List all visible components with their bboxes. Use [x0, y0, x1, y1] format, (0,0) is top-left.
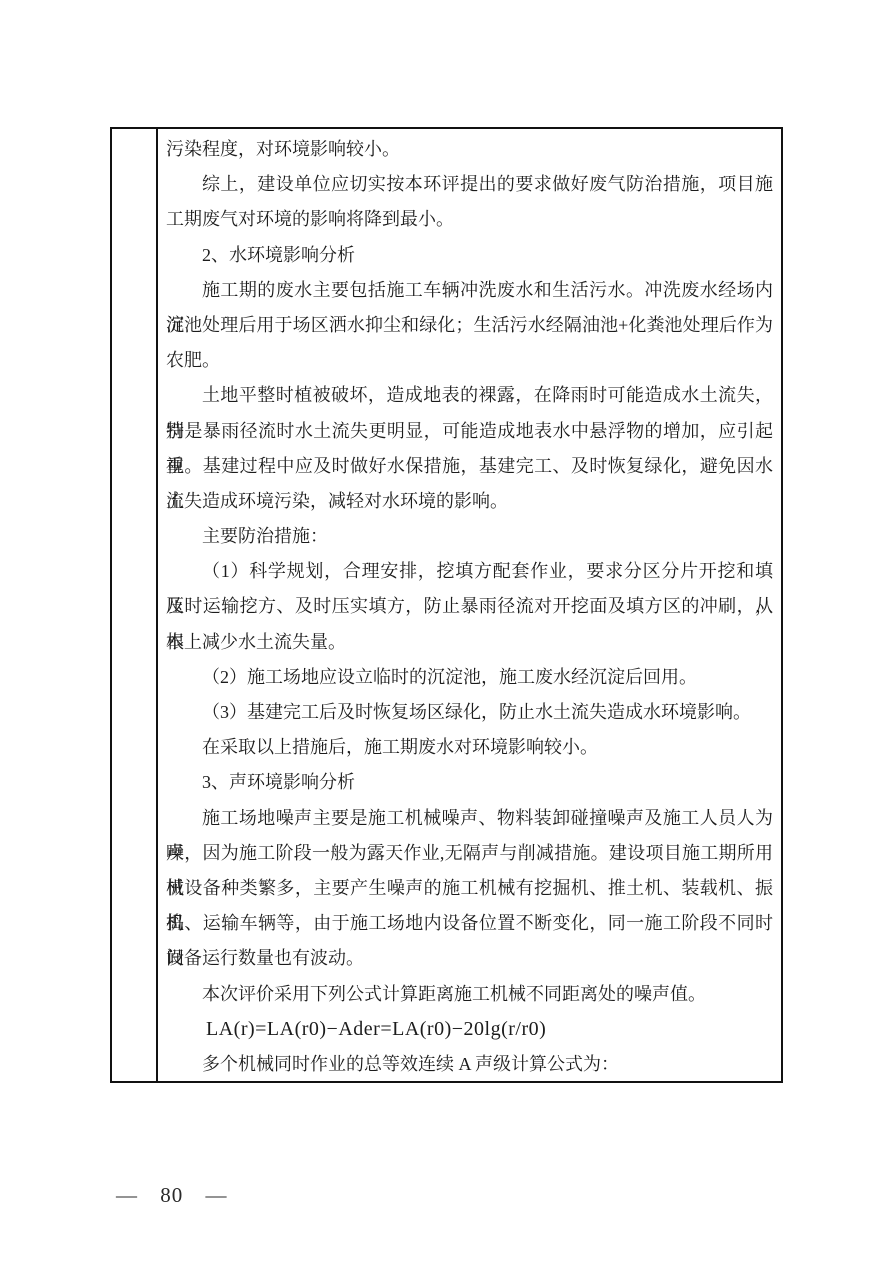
text-line: 农肥。 — [166, 343, 773, 378]
text-line: 本次评价采用下列公式计算距离施工机械不同距离处的噪声值。 — [166, 977, 773, 1012]
text-line: 机、运输车辆等，由于施工场地内设备位置不断变化，同一施工阶段不同时间 — [166, 906, 773, 941]
text-line: 别是暴雨径流时水土流失更明显，可能造成地表水中悬浮物的增加，应引起重 — [166, 414, 773, 449]
text-line: 综上，建设单位应切实按本环评提出的要求做好废气防治措施，项目施 — [166, 167, 773, 202]
text-line: 污染程度，对环境影响较小。 — [166, 132, 773, 167]
text-line: 视。基建过程中应及时做好水保措施，基建完工、及时恢复绿化，避免因水土 — [166, 449, 773, 484]
content-table: 污染程度，对环境影响较小。综上，建设单位应切实按本环评提出的要求做好废气防治措施… — [110, 127, 783, 1083]
text-line: 设备运行数量也有波动。 — [166, 941, 773, 976]
text-line: 施工期的废水主要包括施工车辆冲洗废水和生活污水。冲洗废水经场内沉 — [166, 273, 773, 308]
document-page: 污染程度，对环境影响较小。综上，建设单位应切实按本环评提出的要求做好废气防治措施… — [0, 0, 893, 1263]
text-line: 械设备种类繁多，主要产生噪声的施工机械有挖掘机、推土机、装载机、振捣 — [166, 871, 773, 906]
text-line: （2）施工场地应设立临时的沉淀池，施工废水经沉淀后回用。 — [166, 660, 773, 695]
text-line: 多个机械同时作业的总等效连续 A 声级计算公式为： — [166, 1047, 773, 1081]
text-line: 3、声环境影响分析 — [166, 765, 773, 800]
text-line: 工期废气对环境的影响将降到最小。 — [166, 202, 773, 237]
text-line: （3）基建完工后及时恢复场区绿化，防止水土流失造成水环境影响。 — [166, 695, 773, 730]
text-line: 施工场地噪声主要是施工机械噪声、物料装卸碰撞噪声及施工人员人为噪 — [166, 801, 773, 836]
text-line: 2、水环境影响分析 — [166, 238, 773, 273]
text-line: 在采取以上措施后，施工期废水对环境影响较小。 — [166, 730, 773, 765]
text-line: 本上减少水土流失量。 — [166, 625, 773, 660]
text-line: 土地平整时植被破坏，造成地表的裸露，在降雨时可能造成水土流失，特 — [166, 378, 773, 413]
text-line: 声，因为施工阶段一般为露天作业,无隔声与削减措施。建设项目施工期所用机 — [166, 836, 773, 871]
text-line: （1）科学规划，合理安排，挖填方配套作业，要求分区分片开挖和填压， — [166, 554, 773, 589]
page-number: — 80 — — [116, 1183, 228, 1208]
text-line: 流失造成环境污染，减轻对水环境的影响。 — [166, 484, 773, 519]
text-line: 主要防治措施： — [166, 519, 773, 554]
formula-line: LA(r)=LA(r0)−Ader=LA(r0)−20lg(r/r0) — [166, 1012, 773, 1047]
table-content-cell: 污染程度，对环境影响较小。综上，建设单位应切实按本环评提出的要求做好废气防治措施… — [158, 129, 781, 1081]
table-stub-column — [112, 129, 158, 1081]
text-line: 淀池处理后用于场区洒水抑尘和绿化；生活污水经隔油池+化粪池处理后作为 — [166, 308, 773, 343]
text-line: 及时运输挖方、及时压实填方，防止暴雨径流对开挖面及填方区的冲刷，从根 — [166, 589, 773, 624]
